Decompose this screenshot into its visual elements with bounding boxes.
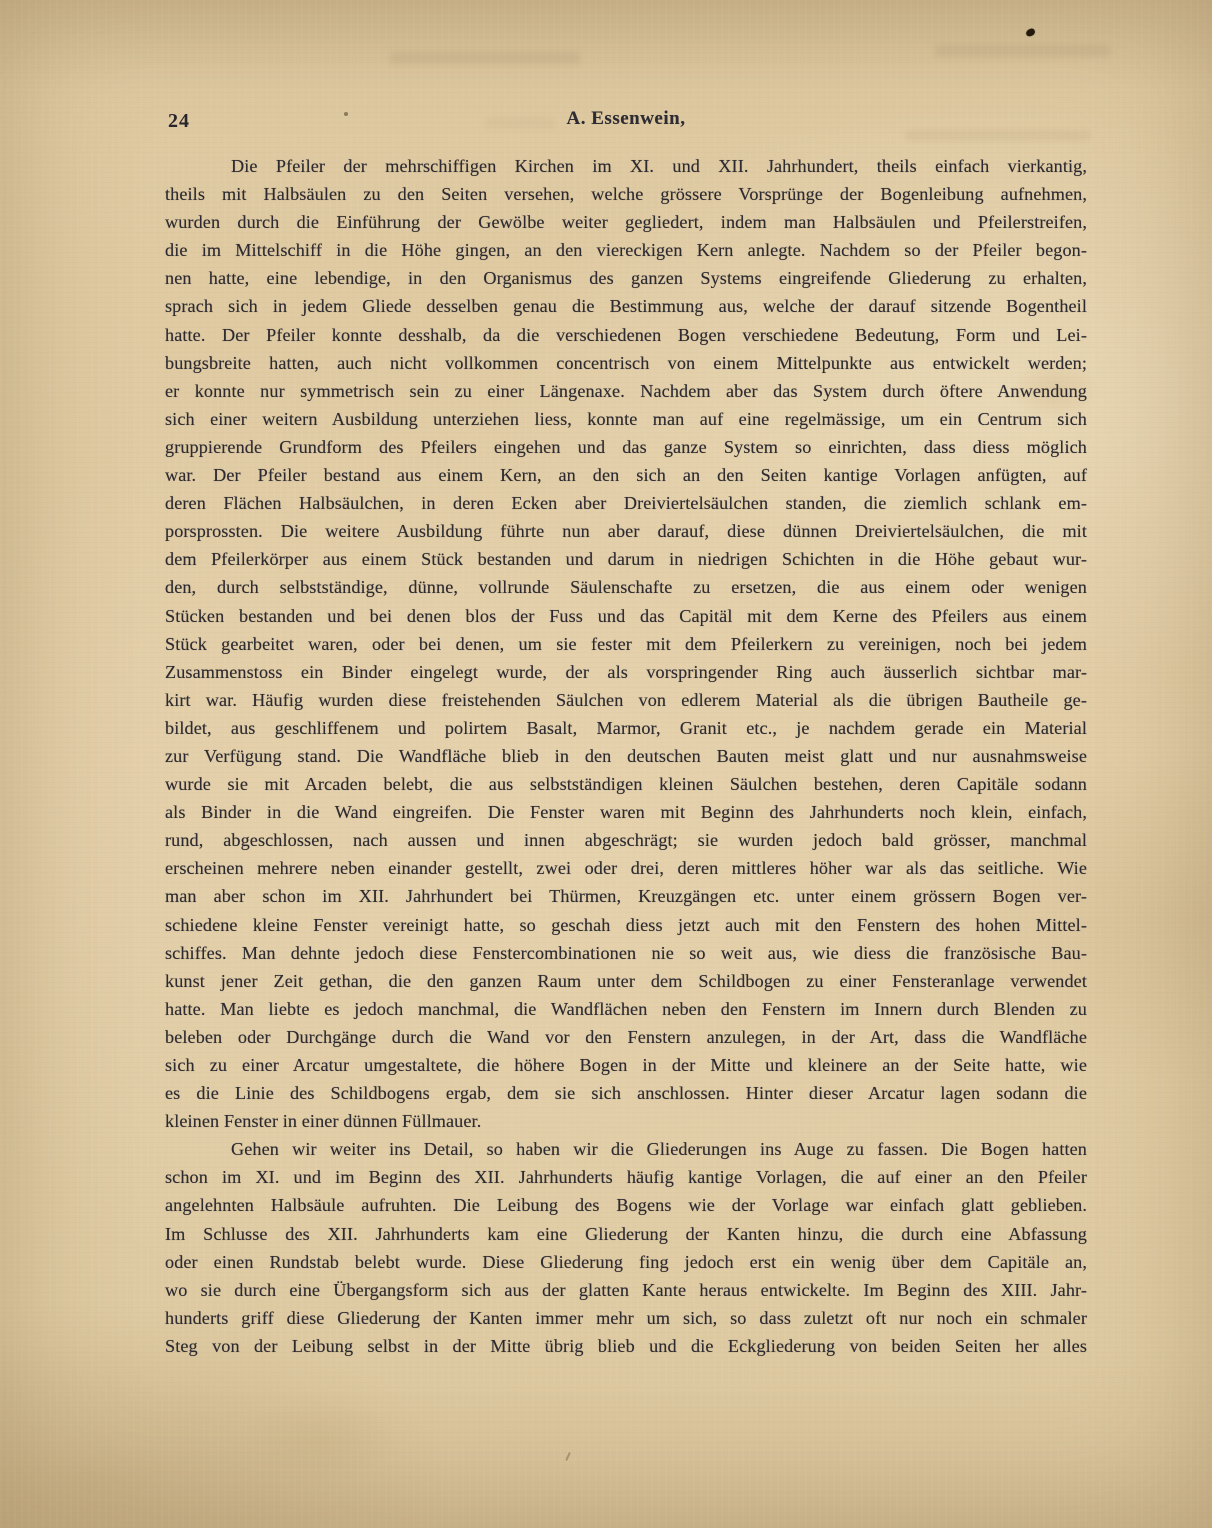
text-line: zur Verfügung stand. Die Wandfläche blie…	[165, 742, 1087, 770]
running-header: A. Essenwein,	[165, 108, 1087, 130]
show-through-ghost	[935, 45, 1110, 57]
page-header: 24 A. Essenwein,	[165, 106, 1087, 136]
text-line: hatte. Der Pfeiler konnte desshalb, da d…	[165, 321, 1087, 349]
text-line: schon im XI. und im Beginn des XII. Jahr…	[165, 1163, 1087, 1191]
text-line: hunderts griff diese Gliederung der Kant…	[165, 1304, 1087, 1332]
text-line: Im Schlusse des XII. Jahrhunderts kam ei…	[165, 1220, 1087, 1248]
text-line: er konnte nur symmetrisch sein zu einer …	[165, 377, 1087, 405]
text-line: kleinen Fenster in einer dünnen Füllmaue…	[165, 1107, 1087, 1135]
text-line: theils mit Halbsäulen zu den Seiten vers…	[165, 180, 1087, 208]
text-line: als Binder in die Wand eingreifen. Die F…	[165, 798, 1087, 826]
paragraph: Die Pfeiler der mehrschiffigen Kirchen i…	[165, 152, 1087, 1135]
text-line: Steg von der Leibung selbst in der Mitte…	[165, 1332, 1087, 1360]
text-line: man aber schon im XII. Jahrhundert bei T…	[165, 882, 1087, 910]
text-line: dem Pfeilerkörper aus einem Stück bestan…	[165, 545, 1087, 573]
text-line: porsprossten. Die weitere Ausbildung füh…	[165, 517, 1087, 545]
text-line: beleben oder Durchgänge durch die Wand v…	[165, 1023, 1087, 1051]
ink-spot	[1025, 28, 1036, 37]
text-line: schiedene kleine Fenster vereinigt hatte…	[165, 911, 1087, 939]
book-page: 24 A. Essenwein, Die Pfeiler der mehrsch…	[0, 0, 1212, 1528]
text-line: Stücken bestanden und bei denen blos der…	[165, 602, 1087, 630]
text-line: wurde sie mit Arcaden belebt, die aus se…	[165, 770, 1087, 798]
text-line: sprach sich in jedem Gliede desselben ge…	[165, 292, 1087, 320]
text-line: angelehnten Halbsäule aufruhten. Die Lei…	[165, 1191, 1087, 1219]
text-line: sich einer weitern Ausbildung unterziehe…	[165, 405, 1087, 433]
text-line: Stück gearbeitet waren, oder bei denen, …	[165, 630, 1087, 658]
text-line: rund, abgeschlossen, nach aussen und inn…	[165, 826, 1087, 854]
paper-stain	[240, 1395, 400, 1485]
text-line: nen hatte, eine lebendige, in den Organi…	[165, 264, 1087, 292]
text-line: erscheinen mehrere neben einander gestel…	[165, 854, 1087, 882]
text-line: kirt war. Häufig wurden diese freistehen…	[165, 686, 1087, 714]
text-line: wurden durch die Einführung der Gewölbe …	[165, 208, 1087, 236]
text-line: die im Mittelschiff in die Höhe gingen, …	[165, 236, 1087, 264]
text-line: sich zu einer Arcatur umgestaltete, die …	[165, 1051, 1087, 1079]
text-line: hatte. Man liebte es jedoch manchmal, di…	[165, 995, 1087, 1023]
paper-speck	[565, 1452, 570, 1461]
text-line: es die Linie des Schildbogens ergab, dem…	[165, 1079, 1087, 1107]
text-line: kunst jener Zeit gethan, die den ganzen …	[165, 967, 1087, 995]
text-line: gruppierende Grundform des Pfeilers eing…	[165, 433, 1087, 461]
text-line: oder einen Rundstab belebt wurde. Diese …	[165, 1248, 1087, 1276]
text-line: den, durch selbstständige, dünne, vollru…	[165, 573, 1087, 601]
text-block: Die Pfeiler der mehrschiffigen Kirchen i…	[165, 152, 1087, 1360]
text-line: Gehen wir weiter ins Detail, so haben wi…	[165, 1135, 1087, 1163]
text-line: bildet, aus geschliffenem und polirtem B…	[165, 714, 1087, 742]
text-line: Zusammenstoss ein Binder eingelegt wurde…	[165, 658, 1087, 686]
text-line: bungsbreite hatten, auch nicht vollkomme…	[165, 349, 1087, 377]
text-line: war. Der Pfeiler bestand aus einem Kern,…	[165, 461, 1087, 489]
paragraph: Gehen wir weiter ins Detail, so haben wi…	[165, 1135, 1087, 1360]
text-line: schiffes. Man dehnte jedoch diese Fenste…	[165, 939, 1087, 967]
show-through-ghost	[390, 52, 580, 64]
text-line: deren Flächen Halbsäulchen, in deren Eck…	[165, 489, 1087, 517]
text-line: wo sie durch eine Übergangsform sich aus…	[165, 1276, 1087, 1304]
text-line: Die Pfeiler der mehrschiffigen Kirchen i…	[165, 152, 1087, 180]
